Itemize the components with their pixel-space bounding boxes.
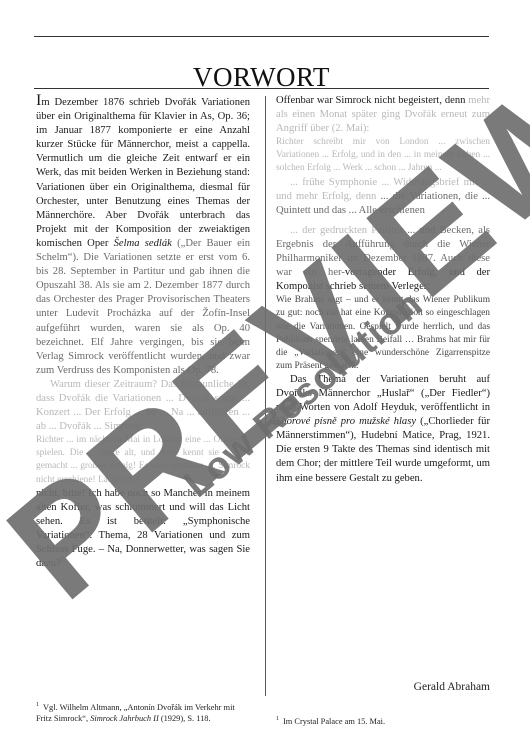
right-column: Offenbar war Simrock nicht begeistert, d… [276, 94, 490, 486]
left-paragraph-2: Warum dieser Zeitraum? Das Erstaunliche … [36, 378, 250, 434]
right-quote-2: Wie Brahms sagt – und er kennt das Wiene… [276, 294, 490, 373]
right-paragraph-3: ... der gedruckten Partitur ... und Beck… [276, 224, 490, 294]
footnote-right: 1Im Crystal Palace am 15. Mai. [276, 716, 490, 727]
left-paragraph-3: nicht, bitte! Ich habe noch so Manches i… [36, 487, 250, 572]
publication-title: Sborové písně pro mužské hlasy [276, 416, 416, 427]
title-rule-top [34, 36, 489, 37]
right-quote-1: Richter schreibt mir von London ... zwis… [276, 136, 490, 175]
left-paragraph-1: Im Dezember 1876 schrieb Dvořák Variatio… [36, 94, 250, 378]
title-rule-bottom [34, 88, 489, 89]
footnote-ref: 1 [61, 556, 65, 564]
right-paragraph-1: Offenbar war Simrock nicht begeistert, d… [276, 94, 490, 136]
left-quote: Richter ... im nächsten Mai in London ei… [36, 434, 250, 486]
left-column: Im Dezember 1876 schrieb Dvořák Variatio… [36, 94, 250, 571]
column-divider [265, 96, 266, 696]
right-paragraph-4: Das Thema der Variationen beruht auf Dvo… [276, 373, 490, 486]
right-paragraph-2: ... frühe Symphonie ... Widmungsbrief mi… [276, 176, 490, 218]
footnote-left: 1Vgl. Wilhelm Altmann, „Antonín Dvořák i… [36, 702, 250, 724]
opera-title: Šelma sedlák [114, 238, 172, 249]
author-signature: Gerald Abraham [276, 681, 490, 693]
